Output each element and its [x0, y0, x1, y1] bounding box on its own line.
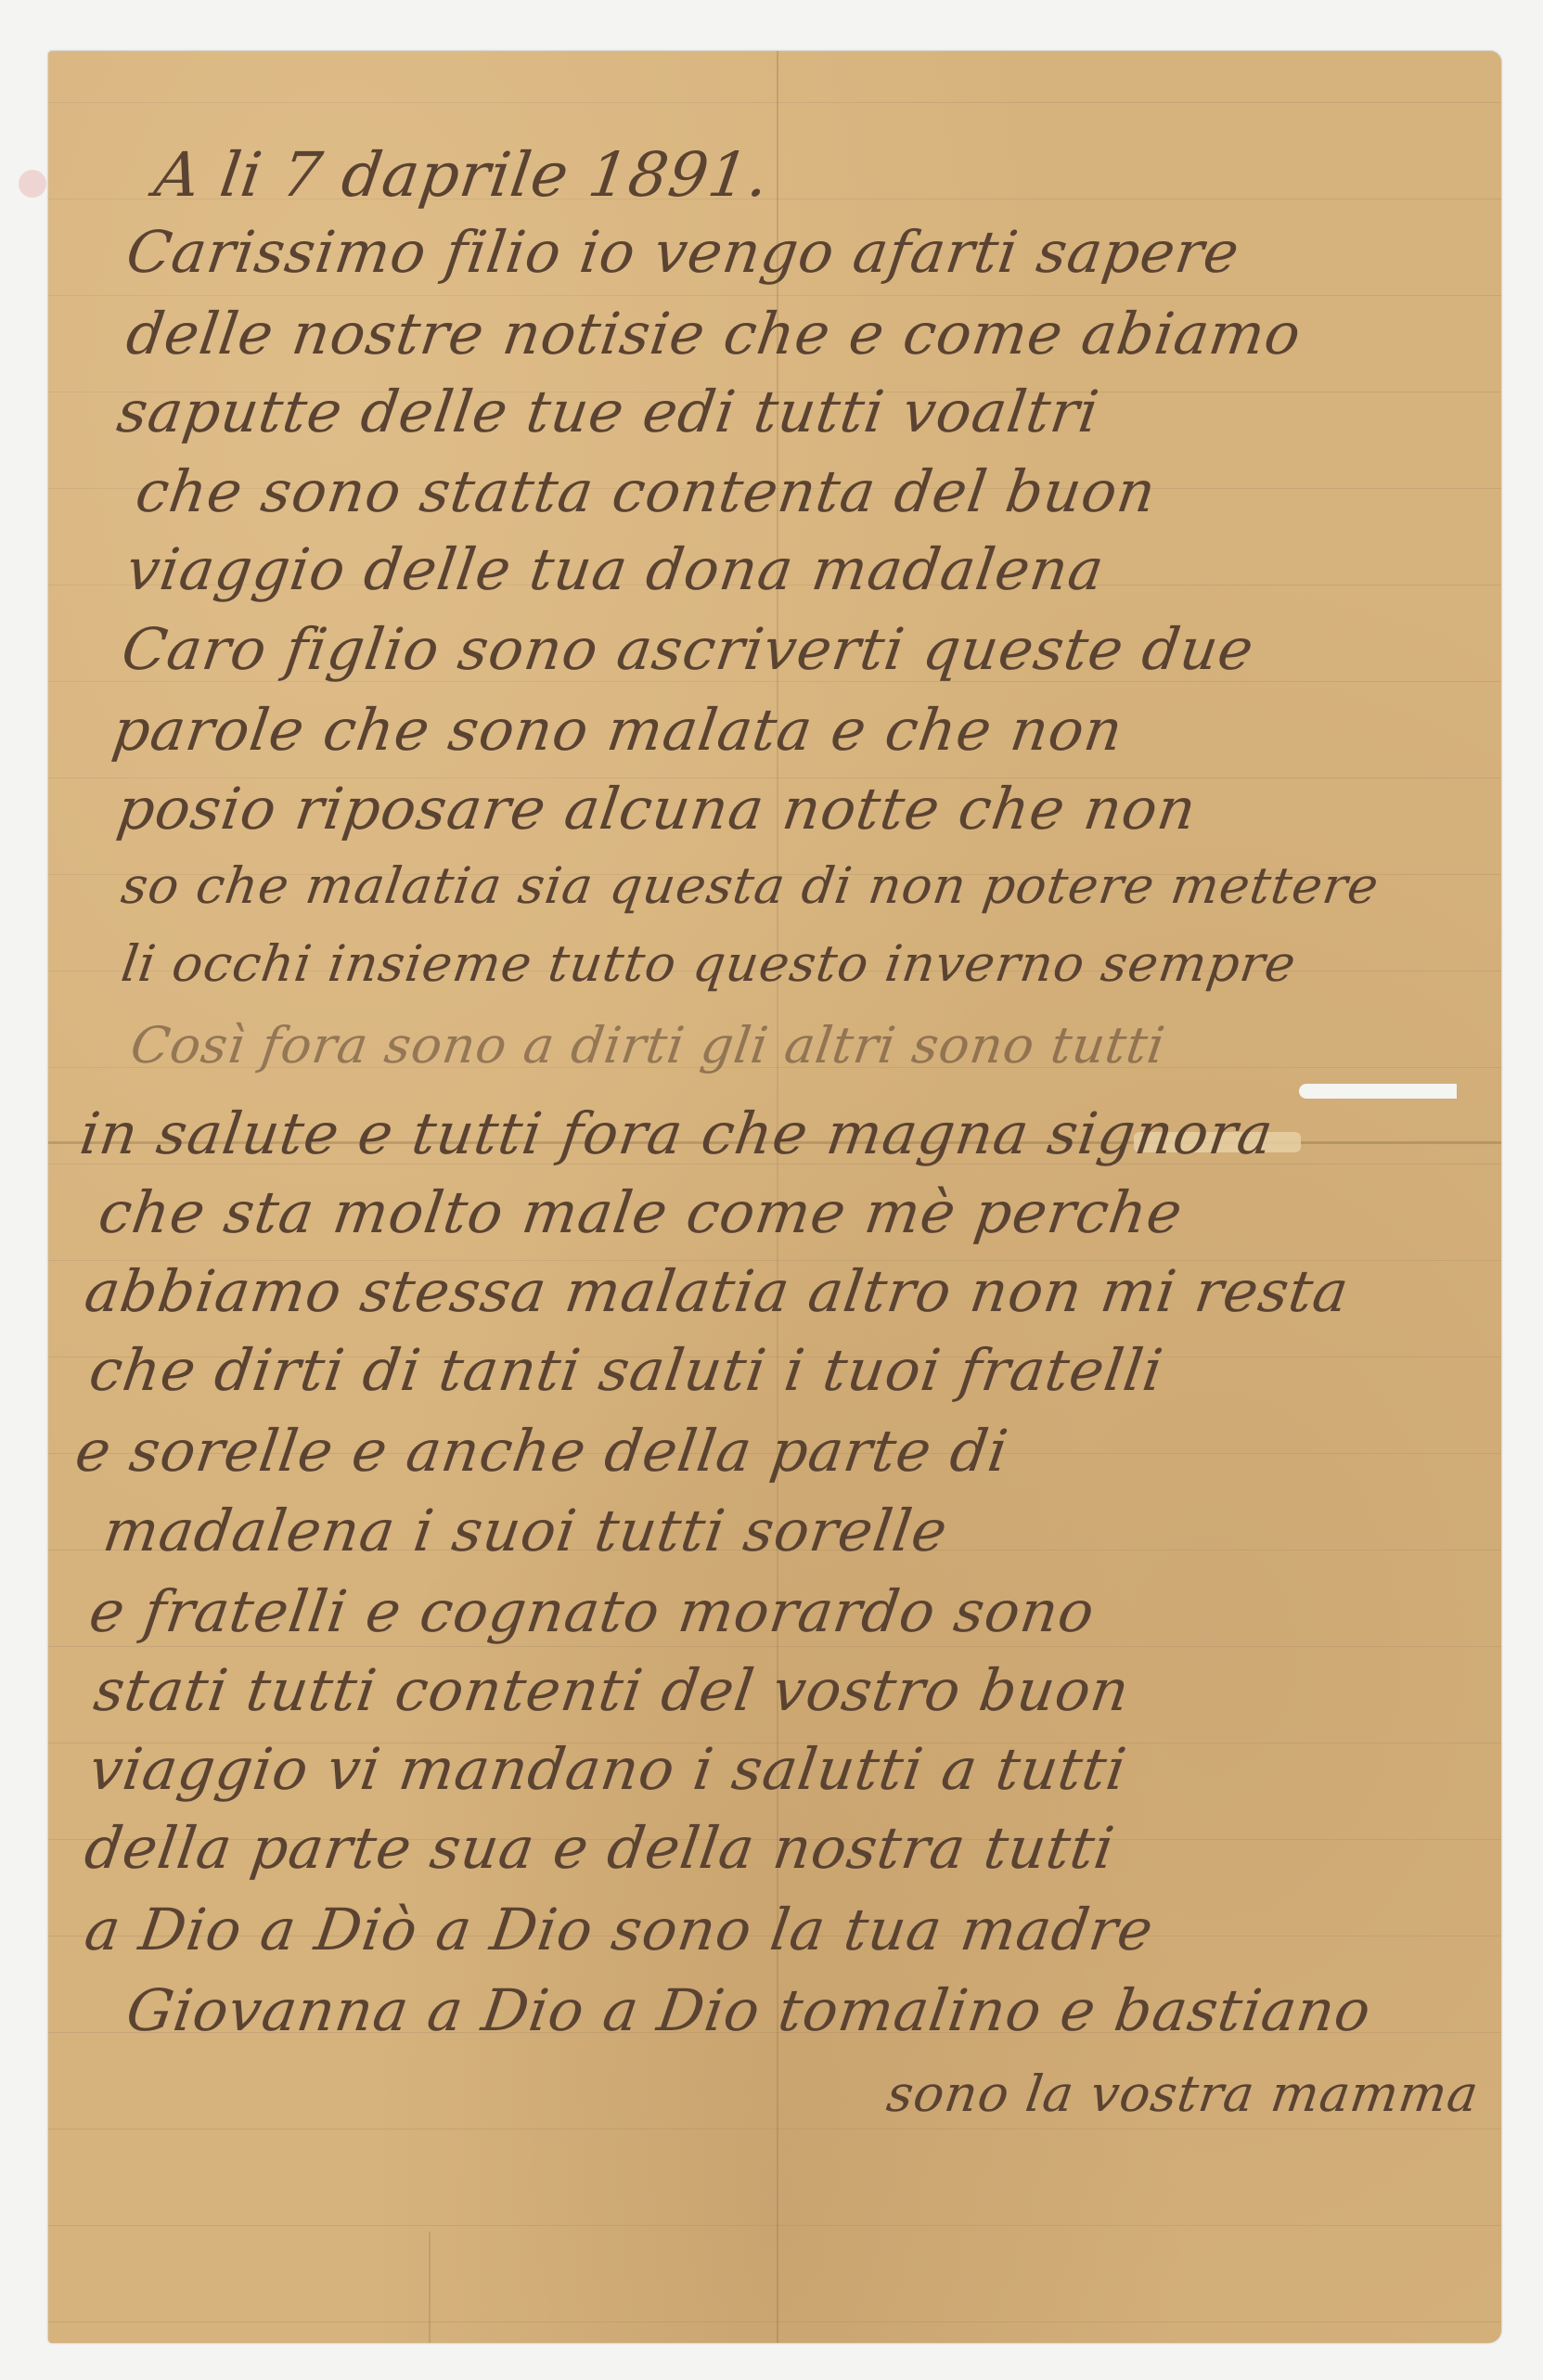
- letter-line: viaggio delle tua dona madalena: [122, 535, 1109, 603]
- letter-line: saputte delle tue edi tutti voaltri: [113, 378, 1103, 445]
- letter-paper: A li 7 daprile 1891. Carissimo filio io …: [48, 51, 1501, 2343]
- letter-text: A li 7 daprile 1891. Carissimo filio io …: [48, 51, 1501, 2343]
- letter-line: abbiamo stessa malatia altro non mi rest…: [81, 1257, 1354, 1325]
- letter-line: che sono statta contenta del buon: [132, 457, 1161, 525]
- letter-line: che sta molto male come mè perche: [95, 1178, 1187, 1246]
- letter-line: delle nostre notisie che e come abiamo: [122, 300, 1305, 367]
- letter-line: Carissimo filio io vengo afarti sapere: [122, 218, 1244, 286]
- letter-line: stati tutti contenti del vostro buon: [90, 1656, 1134, 1724]
- letter-line: in salute e tutti fora che magna signora: [76, 1100, 1278, 1167]
- letter-line: posio riposare alcuna notte che non: [113, 775, 1201, 843]
- letter-line: Giovanna a Dio a Dio tomalino e bastiano: [122, 1976, 1375, 2044]
- letter-line: madalena i suoi tutti sorelle: [99, 1497, 952, 1564]
- letter-line: che dirti di tanti saluti i tuoi fratell…: [85, 1336, 1167, 1404]
- letter-line: a Dio a Diò a Dio sono la tua madre: [81, 1896, 1158, 1963]
- letter-line: e sorelle e anche della parte di: [71, 1417, 1012, 1485]
- letter-line: Caro figlio sono ascriverti queste due: [118, 615, 1258, 683]
- letter-line: so che malatia sia questa di non potere …: [118, 856, 1382, 915]
- letter-line: li occhi insieme tutto questo inverno se…: [118, 934, 1300, 993]
- signature: sono la vostra mamma: [883, 2065, 1483, 2123]
- letter-line: parole che sono malata e che non: [109, 696, 1127, 764]
- torn-notch: [1299, 1084, 1457, 1099]
- letter-line: della parte sua e della nostra tutti: [81, 1814, 1119, 1882]
- letter-line-faded: Così fora sono a dirti gli altri sono tu…: [127, 1016, 1169, 1074]
- stain-mark: [19, 170, 46, 198]
- letter-line: viaggio vi mandano i salutti a tutti: [85, 1735, 1131, 1803]
- letter-line: e fratelli e cognato morardo sono: [85, 1577, 1099, 1645]
- date-line: A li 7 daprile 1891.: [150, 139, 774, 211]
